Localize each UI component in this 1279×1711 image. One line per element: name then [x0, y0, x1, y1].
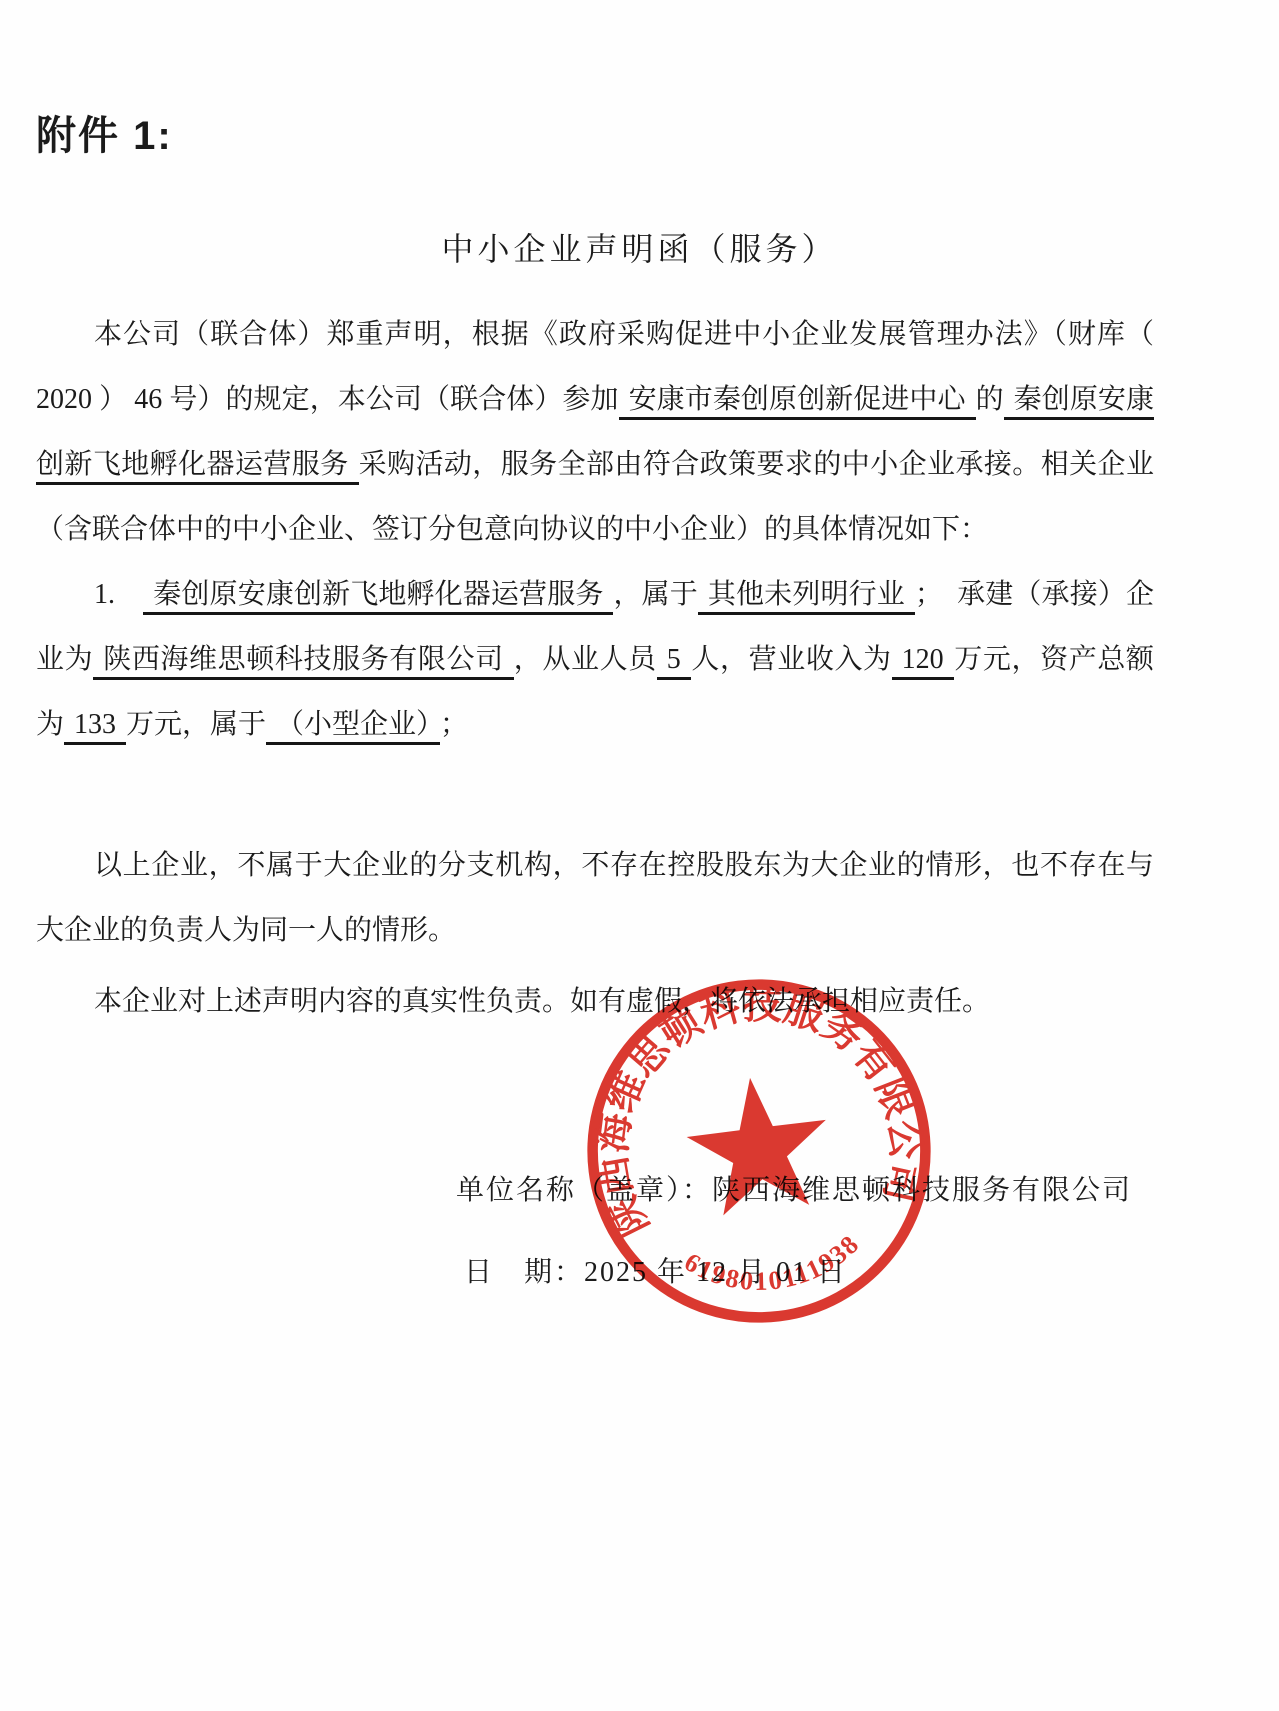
filled-field-service-name: 秦创原安康创新飞地孵化器运营服务: [143, 579, 613, 615]
paragraph-declaration: 本公司（联合体）郑重声明，根据《政府采购促进中小企业发展管理办法》（财库（ 20…: [36, 302, 1154, 562]
date-value: 2025 年 12 月 01 日: [584, 1257, 847, 1288]
text-run: 人，营业收入为: [691, 644, 892, 675]
text-run: 1.: [94, 579, 143, 610]
signature-block: 单位名称（盖章）：陕西海维思顿科技服务有限公司 日 期：2025 年 12 月 …: [456, 1168, 1132, 1290]
unit-company-name: 陕西海维思顿科技服务有限公司: [712, 1175, 1132, 1206]
filled-field-industry: 其他未列明行业: [698, 579, 915, 615]
filled-field-company-name: 陕西海维思顿科技服务有限公司: [93, 644, 514, 680]
date-label: 日 期：: [464, 1257, 584, 1288]
document-body: 本公司（联合体）郑重声明，根据《政府采购促进中小企业发展管理办法》（财库（ 20…: [36, 302, 1154, 1034]
filled-field-purchaser: 安康市秦创原创新促进中心: [619, 384, 976, 420]
seal-label: 单位名称（盖章）：: [456, 1175, 712, 1206]
filled-field-employees: 5: [657, 644, 691, 680]
text-run: 的: [976, 384, 1004, 415]
unit-name-line: 单位名称（盖章）：陕西海维思顿科技服务有限公司: [456, 1168, 1132, 1208]
text-run: ，属于: [613, 579, 697, 610]
paragraph-no-affiliation: 以上企业，不属于大企业的分支机构，不存在控股股东为大企业的情形，也不存在与大企业…: [36, 833, 1154, 963]
date-line: 日 期：2025 年 12 月 01 日: [464, 1250, 1132, 1290]
filled-field-assets: 133: [64, 709, 126, 745]
filled-field-revenue: 120: [892, 644, 954, 680]
text-run: ；: [440, 709, 468, 740]
attachment-label: 附件 1:: [36, 104, 173, 161]
filled-field-enterprise-type: （小型企业）: [266, 709, 440, 745]
document-page: 附件 1: 中小企业声明函（服务） 本公司（联合体）郑重声明，根据《政府采购促进…: [0, 0, 1279, 1711]
document-title: 中小企业声明函（服务）: [0, 224, 1279, 270]
paragraph-responsibility: 本企业对上述声明内容的真实性负责。如有虚假，将依法承担相应责任。: [36, 969, 1154, 1034]
text-run: ，从业人员: [514, 644, 657, 675]
paragraph-enterprise-detail: 1. 秦创原安康创新飞地孵化器运营服务，属于其他未列明行业； 承建（承接）企业为…: [36, 562, 1154, 757]
text-run: 万元，属于: [126, 709, 266, 740]
